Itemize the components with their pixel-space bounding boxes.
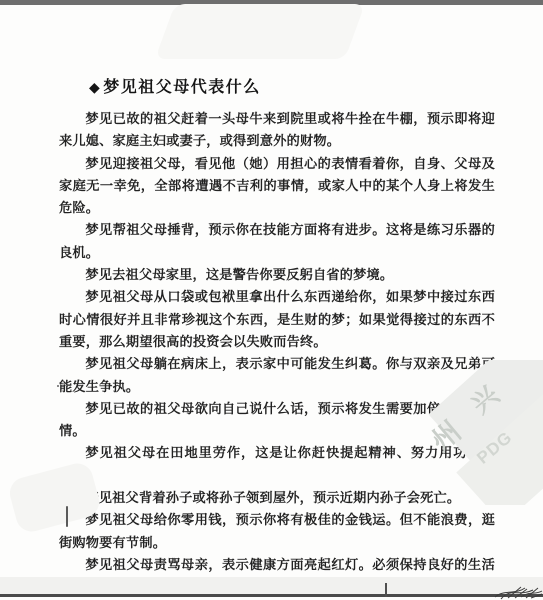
paragraph: 梦见祖父背着孙子或将孙子领到屋外，预示近期内孙子会死亡。	[59, 487, 495, 509]
page-bottom-shadow	[0, 577, 543, 595]
paragraph: 梦见迎接祖父母，看见他（她）用担心的表情看着你，自身、父母及家庭无一幸免，全部将…	[59, 153, 495, 220]
bottom-tick-mark	[385, 583, 387, 597]
paragraph: 梦见已故的祖父母欲向自己说什么话，预示将发生需要加倍小心的事情。	[59, 398, 495, 443]
paragraph: 梦见帮祖父母捶背，预示你在技能方面将有进步。这将是练习乐器的良机。	[59, 219, 495, 264]
paragraph: 梦见祖父母给你零用钱，预示你将有极佳的金钱运。但不能浪费，逛街购物要有节制。	[59, 509, 495, 554]
paragraph: 梦见祖父母在田地里劳作，这是让你赶快提起精神、努力用功的忠告。	[59, 442, 495, 487]
page-title: ◆梦见祖父母代表什么	[89, 74, 261, 97]
diamond-bullet-icon: ◆	[89, 79, 101, 95]
pen-line-mark	[66, 506, 68, 527]
paragraph: 梦见去祖父母家里，这是警告你要反躬自省的梦境。	[59, 264, 495, 286]
page-edge-line	[0, 594, 543, 597]
handwriting-scribble-icon	[493, 585, 543, 600]
body-text: 梦见已故的祖父赶着一头母牛来到院里或将牛拴在牛棚，预示即将迎来儿媳、家庭主妇或妻…	[59, 108, 495, 599]
paragraph: 梦见祖父母躺在病床上，表示家中可能发生纠葛。你与双亲及兄弟可能发生争执。	[59, 353, 495, 398]
top-scan-smudge	[155, 4, 365, 59]
paragraph: 梦见祖父母从口袋或包袱里拿出什么东西递给你，如果梦中接过东西时心情很好并且非常珍…	[59, 286, 495, 353]
paragraph: 梦见已故的祖父赶着一头母牛来到院里或将牛拴在牛棚，预示即将迎来儿媳、家庭主妇或妻…	[59, 108, 495, 153]
scanned-book-page: ◆梦见祖父母代表什么 梦见已故的祖父赶着一头母牛来到院里或将牛拴在牛棚，预示即将…	[0, 0, 543, 600]
pen-dot-mark	[57, 385, 59, 387]
page-title-text: 梦见祖父母代表什么	[103, 79, 261, 96]
